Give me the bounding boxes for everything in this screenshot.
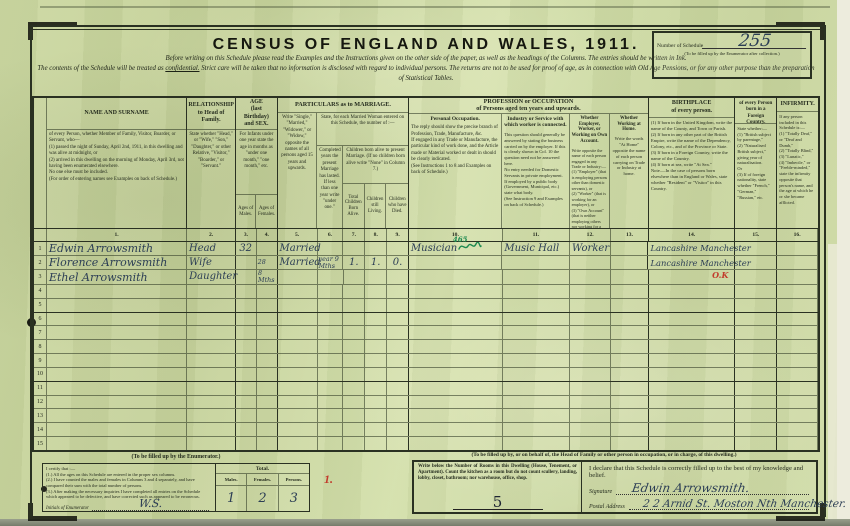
cell-ind xyxy=(503,423,571,436)
cell-occ xyxy=(409,256,502,269)
header-name-desc: of every Person, whether Member of Famil… xyxy=(47,130,186,228)
cell-name xyxy=(47,285,187,298)
cell-birth xyxy=(649,396,736,409)
cell-cb: 1. xyxy=(343,256,365,269)
cell-cb xyxy=(343,285,365,298)
cell-home xyxy=(611,285,649,298)
cell-nat xyxy=(735,299,777,312)
cell-num: 2 xyxy=(34,256,47,269)
header-children: Children born alive to present Marriage.… xyxy=(343,146,408,228)
header-industry-desc: This question should generally be answer… xyxy=(502,130,568,228)
cell-ind xyxy=(503,340,571,353)
column-number: 5. xyxy=(278,229,318,241)
cell-yrs xyxy=(318,368,344,381)
cell-home xyxy=(611,313,649,326)
cell-cl xyxy=(365,368,387,381)
cell-inf xyxy=(777,299,818,312)
householder-caption: (To be filled up by, or on behalf of, th… xyxy=(388,452,820,458)
header-industry-label: Industry or Service with which worker is… xyxy=(502,114,568,130)
cell-name xyxy=(47,382,187,395)
cell-birth xyxy=(649,326,736,339)
cell-inf xyxy=(777,396,818,409)
cell-cl xyxy=(365,382,387,395)
cell-name xyxy=(47,354,187,367)
cell-f xyxy=(257,285,278,298)
cell-cd: 0. xyxy=(387,256,409,269)
cell-emp xyxy=(570,409,611,422)
cell-ind: Music Hall xyxy=(502,242,570,255)
cell-emp xyxy=(570,299,611,312)
header-age: AGE (last Birthday) and SEX. For Infants… xyxy=(236,98,278,228)
cell-f xyxy=(257,299,278,312)
enumerator-certification: I certify that :— (1.) All the ages on t… xyxy=(43,464,215,511)
cell-cl xyxy=(365,437,387,450)
cell-cl xyxy=(365,340,387,353)
cell-nat xyxy=(735,368,777,381)
census-row: 15 xyxy=(34,437,818,450)
cell-yrs xyxy=(318,409,344,422)
totals-table: Total. Males. Females. Persons. 1 2 3 xyxy=(215,464,309,511)
column-number-spacer xyxy=(34,229,47,241)
column-number: 14. xyxy=(649,229,736,241)
column-number: 16. xyxy=(777,229,818,241)
header-name: NAME AND SURNAME of every Person, whethe… xyxy=(47,98,187,228)
totals-value-females: 2 xyxy=(247,486,278,511)
cell-home xyxy=(611,340,649,353)
cell-home xyxy=(611,270,649,283)
cell-mar xyxy=(278,326,318,339)
cell-cl xyxy=(365,396,387,409)
cell-name xyxy=(47,313,187,326)
cell-nat xyxy=(735,270,777,283)
cell-birth xyxy=(649,409,736,422)
cell-cl xyxy=(365,423,387,436)
cell-birth xyxy=(649,340,736,353)
initials-value: W.S. xyxy=(138,497,163,510)
header-marriage: PARTICULARS as to MARRIAGE. Write "Singl… xyxy=(278,98,409,228)
cell-rel xyxy=(187,409,236,422)
header-birthplace-label: BIRTHPLACE of every person. xyxy=(649,98,735,118)
cell-emp xyxy=(570,423,611,436)
cell-ind xyxy=(502,256,570,269)
cell-home xyxy=(611,326,649,339)
instr2-pre: The contents of the Schedule will be tre… xyxy=(37,65,165,72)
cell-nat xyxy=(735,313,777,326)
cell-f xyxy=(257,354,278,367)
header-relationship-desc: State whether "Head," or "Wife," "Son," … xyxy=(187,130,235,228)
cell-nat xyxy=(735,423,777,436)
cell-yrs xyxy=(318,382,344,395)
cell-occ xyxy=(409,340,503,353)
cell-rel xyxy=(187,423,236,436)
cell-rel: Head xyxy=(187,242,236,255)
column-number: 12. xyxy=(570,229,611,241)
header-nationality: NATIONALITY of every Person born in a Fo… xyxy=(735,98,777,228)
schedule-number-note: (To be filled up by the Enumerator after… xyxy=(657,51,807,56)
cell-rel xyxy=(187,285,236,298)
cell-yrs xyxy=(318,299,344,312)
cell-birth xyxy=(649,437,736,450)
red-check-mark: 1. xyxy=(324,472,333,487)
cell-inf xyxy=(777,382,818,395)
census-row: 13 xyxy=(34,409,818,423)
header-relationship: RELATIONSHIP to Head of Family. State wh… xyxy=(187,98,236,228)
census-row: 1Edwin ArrowsmithHead32Married465Musicia… xyxy=(34,242,818,256)
cell-cl xyxy=(365,313,387,326)
cell-cb xyxy=(343,354,365,367)
column-number: 3. xyxy=(236,229,257,241)
cell-yrs xyxy=(318,354,344,367)
enumerator-caption: (To be filled up by the Enumerator.) xyxy=(42,454,310,460)
cell-cd xyxy=(387,368,409,381)
cell-f xyxy=(257,409,278,422)
cell-name xyxy=(47,340,187,353)
cell-num: 11 xyxy=(34,382,47,395)
header-at-home-label: Whether Working at Home. xyxy=(610,114,648,134)
column-numbers-row: 1.2.3.4.5.6.7.8.9.10.11.12.13.14.15.16. xyxy=(34,229,818,242)
cell-f xyxy=(257,396,278,409)
column-number: 2. xyxy=(187,229,236,241)
schedule-number-label: Number of Schedule xyxy=(657,40,703,49)
cell-cb xyxy=(343,423,365,436)
rooms-instructions: Write below the Number of Rooms in this … xyxy=(418,464,577,482)
cell-emp xyxy=(570,285,611,298)
cell-num: 15 xyxy=(34,437,47,450)
header-age-sex-split: Ages of Males. Ages of Females. xyxy=(236,195,277,228)
cell-m xyxy=(236,285,257,298)
cell-emp: Worker xyxy=(570,242,611,255)
cell-cb xyxy=(343,409,365,422)
cell-ind xyxy=(503,313,571,326)
cell-name xyxy=(47,437,187,450)
cell-yrs xyxy=(318,437,344,450)
cell-birth: O.K xyxy=(649,270,736,283)
cell-cd xyxy=(387,326,409,339)
cell-m xyxy=(236,299,257,312)
header-industry: Industry or Service with which worker is… xyxy=(502,114,569,228)
enumerator-box: I certify that :— (1.) All the ages on t… xyxy=(42,463,310,512)
cell-cd xyxy=(387,340,409,353)
cell-emp xyxy=(570,396,611,409)
cell-cl xyxy=(365,285,387,298)
cell-m xyxy=(236,409,257,422)
cell-home xyxy=(611,423,649,436)
cell-rel: Wife xyxy=(187,256,236,269)
cell-inf xyxy=(777,437,818,450)
cell-cl xyxy=(365,354,387,367)
header-profession: PROFESSION or OCCUPATION of Persons aged… xyxy=(409,98,649,228)
totals-value-persons: 3 xyxy=(279,486,309,511)
header-personal-occupation-label: Personal Occupation. xyxy=(409,114,501,123)
cell-name: Ethel Arrowsmith xyxy=(47,270,187,283)
cell-cd xyxy=(387,285,409,298)
cell-m: 32 xyxy=(236,242,257,255)
cell-birth: Lancashire Manchester xyxy=(648,242,735,255)
table-header: NAME AND SURNAME of every Person, whethe… xyxy=(34,98,818,229)
cell-cb xyxy=(344,270,366,283)
cell-ind xyxy=(503,270,571,283)
cell-home xyxy=(611,256,649,269)
header-relationship-label: RELATIONSHIP to Head of Family. xyxy=(187,98,235,130)
header-personal-occupation-desc: The reply should show the precise branch… xyxy=(409,123,501,228)
householder-box: Write below the Number of Rooms in this … xyxy=(412,460,818,514)
cell-occ: 465Musician xyxy=(409,242,502,255)
cell-name xyxy=(47,368,187,381)
cell-num: 12 xyxy=(34,396,47,409)
cell-inf xyxy=(777,409,818,422)
cell-nat xyxy=(735,382,777,395)
cell-num: 14 xyxy=(34,423,47,436)
cell-rel xyxy=(187,313,236,326)
header-marriage-status-note: Write "Single," "Married," "Widower," or… xyxy=(278,113,317,228)
cell-cd xyxy=(387,409,409,422)
cell-ind xyxy=(503,396,571,409)
header-infirmity: INFIRMITY. If any person included in thi… xyxy=(777,98,818,228)
cell-mar xyxy=(278,340,318,353)
cell-cb xyxy=(343,382,365,395)
census-form-scan: CENSUS OF ENGLAND AND WALES, 1911. Befor… xyxy=(0,0,850,526)
cell-cb xyxy=(343,437,365,450)
header-employment-status-desc: Write opposite the name of each person e… xyxy=(570,146,610,228)
header-ages-females: Ages of Females. xyxy=(256,195,276,228)
cell-rel xyxy=(187,437,236,450)
cell-mar xyxy=(278,437,318,450)
cell-rel xyxy=(187,340,236,353)
header-age-label: AGE (last Birthday) and SEX. xyxy=(236,98,277,130)
column-number: 15. xyxy=(735,229,777,241)
census-table: NAME AND SURNAME of every Person, whethe… xyxy=(32,96,820,452)
header-children-died: Children who have Died. xyxy=(386,184,408,228)
header-nationality-label: NATIONALITY of every Person born in a Fo… xyxy=(735,98,776,124)
cell-occ xyxy=(409,313,503,326)
cell-mar xyxy=(278,409,318,422)
cell-cd xyxy=(387,437,409,450)
cell-num: 6 xyxy=(34,313,47,326)
census-row: 3Ethel ArrowsmithDaughter8 MthsO.K xyxy=(34,270,818,284)
cell-birth xyxy=(649,299,736,312)
header-nationality-desc: State whether:— (1) "British subject by … xyxy=(735,124,776,228)
initials-line: W.S. xyxy=(92,500,209,511)
header-birthplace-desc: (1) If born in the United Kingdom, write… xyxy=(649,118,735,228)
certify-item-2: (2.) I have counted the males and female… xyxy=(46,477,212,488)
cell-birth xyxy=(649,368,736,381)
cell-birth xyxy=(649,354,736,367)
cell-occ xyxy=(409,354,503,367)
cell-yrs xyxy=(318,423,344,436)
census-row: 9 xyxy=(34,354,818,368)
cell-rel xyxy=(187,396,236,409)
cell-m xyxy=(236,340,257,353)
cell-mar xyxy=(278,299,318,312)
cell-mar xyxy=(278,423,318,436)
cell-num: 10 xyxy=(34,368,47,381)
cell-nat xyxy=(735,396,777,409)
cell-emp xyxy=(570,382,611,395)
cell-m xyxy=(236,396,257,409)
cell-nat xyxy=(735,409,777,422)
instr2-confidential: confidential. xyxy=(165,65,199,72)
census-row: 8 xyxy=(34,340,818,354)
cell-cb xyxy=(343,326,365,339)
cell-occ xyxy=(409,368,503,381)
cell-m xyxy=(236,437,257,450)
cell-mar xyxy=(278,313,318,326)
cell-cd xyxy=(387,396,409,409)
cell-name xyxy=(47,396,187,409)
scan-edge-right-2 xyxy=(828,244,837,526)
column-number: 4. xyxy=(257,229,278,241)
cell-yrs xyxy=(318,340,344,353)
cell-nat xyxy=(735,354,777,367)
cell-name xyxy=(47,299,187,312)
cell-home xyxy=(611,299,649,312)
cell-num: 7 xyxy=(34,326,47,339)
cell-name xyxy=(47,409,187,422)
cell-home xyxy=(611,409,649,422)
header-years-married-note: Completed years the present Marriage has… xyxy=(317,146,342,228)
cell-emp xyxy=(570,270,611,283)
header-children-born: Total Children Born Alive. xyxy=(343,184,364,228)
cell-cl xyxy=(365,299,387,312)
cell-cb xyxy=(343,396,365,409)
cell-cb xyxy=(343,368,365,381)
address-line: 2 2 Arnid St. Moston Nth Manchester. xyxy=(629,497,809,510)
header-children-living: Children still Living. xyxy=(365,184,386,228)
cell-cd xyxy=(387,270,409,283)
address-label: Postal Address xyxy=(589,504,625,510)
cell-f xyxy=(257,368,278,381)
cell-ind xyxy=(503,409,571,422)
header-age-infants-note: For Infants under one year state the age… xyxy=(236,130,277,195)
census-row: 11 xyxy=(34,382,818,396)
header-at-home: Whether Working at Home. Write the words… xyxy=(610,114,648,228)
red-ok-mark: O.K xyxy=(712,271,728,279)
cell-f xyxy=(257,340,278,353)
cell-nat xyxy=(735,340,777,353)
cell-mar xyxy=(278,368,318,381)
cell-num: 8 xyxy=(34,340,47,353)
cell-home xyxy=(611,396,649,409)
cell-yrs xyxy=(318,285,344,298)
cell-occ xyxy=(409,396,503,409)
cell-birth xyxy=(649,382,736,395)
census-row: 2Florence ArrowsmithWife28Marriedyear 9 … xyxy=(34,256,818,270)
cell-yrs xyxy=(318,396,344,409)
census-row: 4 xyxy=(34,285,818,299)
totals-col-persons: Persons. xyxy=(279,474,309,485)
cell-cb xyxy=(343,299,365,312)
cell-mar xyxy=(278,354,318,367)
rooms-value: 5 xyxy=(453,496,543,510)
footer: (To be filled up by the Enumerator.) I c… xyxy=(32,452,820,518)
cell-yrs xyxy=(318,313,344,326)
cell-inf xyxy=(777,326,818,339)
census-row: 6 xyxy=(34,313,818,327)
header-children-note: Children born alive to present Marriage.… xyxy=(343,146,408,184)
cell-cd xyxy=(387,382,409,395)
header-personal-occupation: Personal Occupation. The reply should sh… xyxy=(409,114,502,228)
cell-cl xyxy=(365,270,387,283)
signature-value: Edwin Arrowsmith. xyxy=(630,481,750,495)
cell-yrs xyxy=(318,270,344,283)
header-name-label: NAME AND SURNAME xyxy=(47,98,186,130)
cell-num: 1 xyxy=(34,242,47,255)
cell-cd xyxy=(387,313,409,326)
cell-home xyxy=(611,242,649,255)
cell-cd xyxy=(387,299,409,312)
column-number: 9. xyxy=(387,229,409,241)
cell-m xyxy=(236,313,257,326)
cell-m xyxy=(236,354,257,367)
totals-col-males: Males. xyxy=(216,474,247,485)
header-ages-males: Ages of Males. xyxy=(236,195,255,228)
cell-cl xyxy=(365,242,387,255)
cell-ind xyxy=(503,437,571,450)
cell-birth xyxy=(649,313,736,326)
census-row: 5 xyxy=(34,299,818,313)
scan-edge-top xyxy=(40,6,830,8)
cell-occ xyxy=(409,285,503,298)
signature-line: Edwin Arrowsmith. xyxy=(616,482,809,495)
cell-occ xyxy=(409,409,503,422)
header-married-women: State, for each Married Woman entered on… xyxy=(317,113,408,228)
masthead: CENSUS OF ENGLAND AND WALES, 1911. Befor… xyxy=(34,31,818,93)
certify-item-3: (3.) After making the necessary inquirie… xyxy=(46,489,212,500)
cell-inf xyxy=(777,270,818,283)
cell-m xyxy=(236,382,257,395)
cell-cb xyxy=(343,242,365,255)
enumerator-code: 465 xyxy=(453,236,468,243)
cell-nat xyxy=(735,326,777,339)
cell-name: Florence Arrowsmith xyxy=(47,256,187,269)
cell-f xyxy=(257,382,278,395)
cell-mar xyxy=(278,396,318,409)
column-number: 13. xyxy=(611,229,649,241)
cell-inf xyxy=(777,423,818,436)
cell-birth xyxy=(649,285,736,298)
cell-cd xyxy=(387,423,409,436)
declaration-section: I declare that this Schedule is correctl… xyxy=(582,462,816,512)
cell-mar: Married xyxy=(278,256,318,269)
totals-value-males: 1 xyxy=(216,486,247,511)
schedule-number-box: Number of Schedule 255 (To be filled up … xyxy=(652,31,812,79)
header-birthplace: BIRTHPLACE of every person. (1) If born … xyxy=(649,98,736,228)
cell-emp xyxy=(570,437,611,450)
cell-f xyxy=(257,423,278,436)
cell-inf xyxy=(777,242,818,255)
totals-title: Total. xyxy=(216,464,309,474)
header-employment-status-label: Whether Employer, Worker, or Working on … xyxy=(570,114,610,146)
cell-yrs xyxy=(318,242,344,255)
census-row: 7 xyxy=(34,326,818,340)
declaration-text: I declare that this Schedule is correctl… xyxy=(589,465,809,479)
cell-yrs xyxy=(318,326,344,339)
address-value: 2 2 Arnid St. Moston Nth Manchester. xyxy=(642,498,847,510)
scan-edge-right xyxy=(837,0,850,526)
cell-num: 9 xyxy=(34,354,47,367)
census-rows: 1Edwin ArrowsmithHead32Married465Musicia… xyxy=(34,242,818,450)
cell-m xyxy=(236,256,257,269)
header-infirmity-label: INFIRMITY. xyxy=(777,98,818,112)
cell-ind xyxy=(503,299,571,312)
cell-nat xyxy=(735,285,777,298)
cell-occ xyxy=(409,423,503,436)
header-married-women-note: State, for each Married Woman entered on… xyxy=(317,113,408,146)
cell-rel xyxy=(187,299,236,312)
cell-nat xyxy=(735,242,777,255)
cell-inf xyxy=(777,313,818,326)
cell-mar xyxy=(278,270,318,283)
